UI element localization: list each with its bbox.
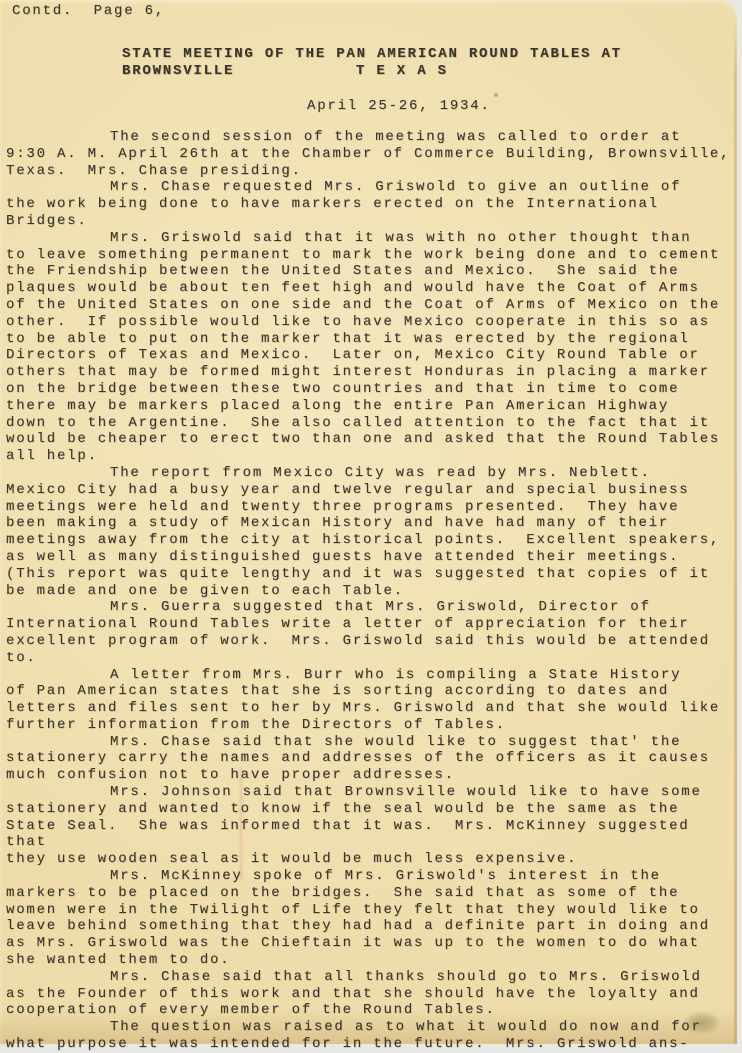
document-date: April 25-26, 1934. bbox=[307, 98, 491, 115]
paragraph-johnson-seal: Mrs. Johnson said that Brownsville would… bbox=[6, 784, 740, 868]
page-continuation-label: Contd. Page 6, bbox=[12, 3, 165, 20]
paragraph-mckinney-markers: Mrs. McKinney spoke of Mrs. Griswold's i… bbox=[6, 868, 740, 969]
paragraph-chase-request: Mrs. Chase requested Mrs. Griswold to gi… bbox=[6, 179, 740, 229]
paragraph-griswold-markers: Mrs. Griswold said that it was with no o… bbox=[6, 230, 740, 465]
paragraph-mexico-city-report: The report from Mexico City was read by … bbox=[6, 465, 740, 599]
paragraph-session-opening: The second session of the meeting was ca… bbox=[6, 129, 740, 179]
paragraph-question-future: The question was raised as to what it wo… bbox=[6, 1019, 740, 1044]
paragraph-burr-letter: A letter from Mrs. Burr who is compiling… bbox=[6, 667, 740, 734]
paper-pink-streak-mark bbox=[240, 768, 242, 880]
document-body: The second session of the meeting was ca… bbox=[6, 129, 740, 1044]
ink-smudge bbox=[684, 1012, 720, 1034]
paragraph-chase-stationery: Mrs. Chase said that she would like to s… bbox=[6, 734, 740, 784]
paragraph-guerra-suggestion: Mrs. Guerra suggested that Mrs. Griswold… bbox=[6, 599, 740, 666]
paragraph-chase-thanks: Mrs. Chase said that all thanks should g… bbox=[6, 969, 740, 1019]
document-title-line2: T E X A S bbox=[356, 63, 448, 80]
paper-red-dot-mark bbox=[494, 93, 498, 97]
document-page: Contd. Page 6, STATE MEETING OF THE PAN … bbox=[0, 0, 737, 1044]
